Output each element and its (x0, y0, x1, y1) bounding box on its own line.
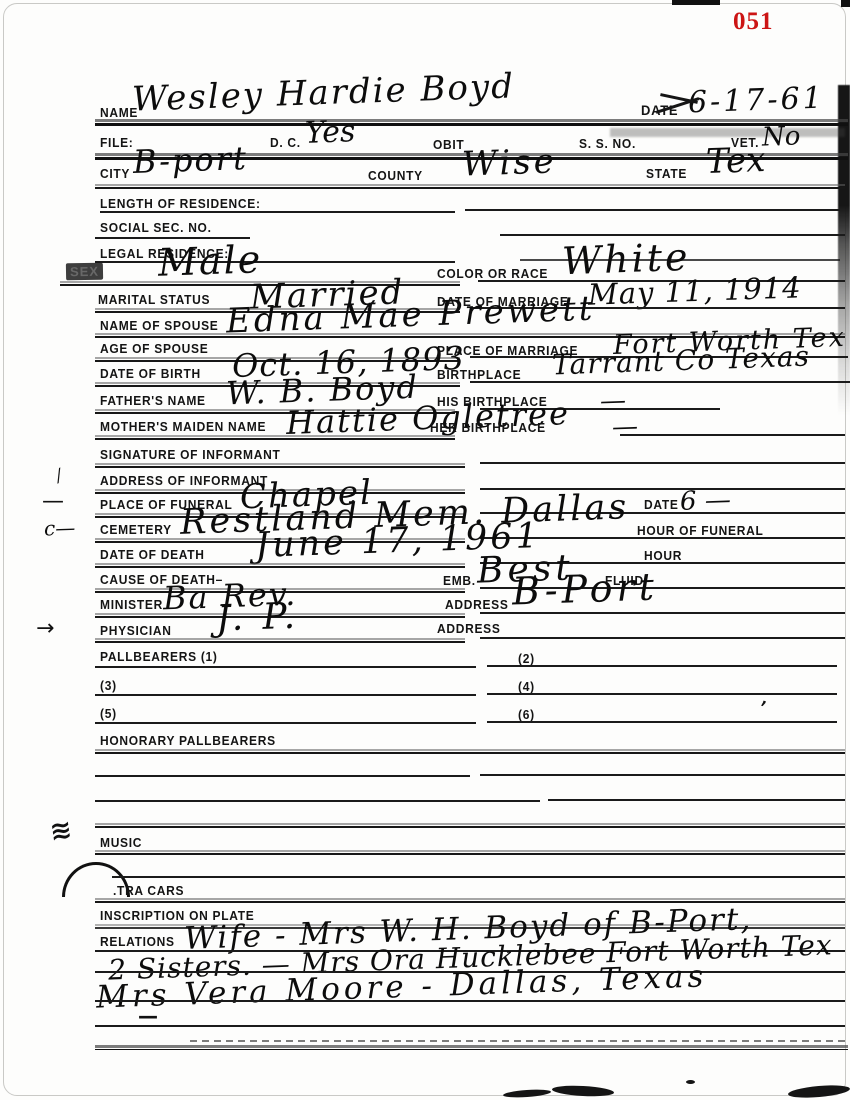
value-her-birthplace: — (612, 414, 639, 441)
rule (95, 850, 845, 855)
scanned-funeral-record-page: 051 NAME Wesley Hardie Boyd DATE 6-17-61… (0, 0, 850, 1100)
value-state: Tex (705, 143, 765, 179)
rule (95, 463, 465, 468)
rule (95, 1000, 845, 1002)
label-mothers-maiden-name: MOTHER'S MAIDEN NAME (100, 420, 266, 435)
label-minister-address: ADDRESS (445, 598, 509, 613)
label-relations: RELATIONS (100, 935, 175, 950)
label-date-of-death: DATE OF DEATH (100, 548, 205, 563)
label-her-birthplace: HER BIRTHPLACE (430, 421, 546, 436)
rule (487, 693, 837, 695)
rule (95, 722, 476, 724)
label-minister: MINISTER (100, 598, 163, 613)
label-date-of-birth: DATE OF BIRTH (100, 367, 201, 382)
label-pallbearers-3: (3) (100, 679, 117, 694)
label-length-of-residence: LENGTH OF RESIDENCE: (100, 197, 261, 212)
value-city: B-port (132, 142, 248, 178)
value-date: 6-17-61 (688, 84, 826, 119)
rule (95, 1025, 845, 1027)
rule (95, 1045, 848, 1050)
rule (470, 381, 850, 383)
rule-faint (190, 1040, 845, 1042)
label-file: FILE: (100, 136, 134, 151)
value-birthplace: Tarrant Co Texas (552, 343, 811, 380)
rule (95, 823, 845, 828)
label-social-sec-no: SOCIAL SEC. NO. (100, 221, 212, 236)
scan-smudge (552, 1084, 614, 1097)
label-age-of-spouse: AGE OF SPOUSE (100, 342, 208, 357)
rule (95, 775, 470, 777)
pen-tick-mark: ⁄ (54, 468, 64, 486)
label-physician-address: ADDRESS (437, 622, 501, 637)
rule (95, 638, 465, 643)
label-sex-smudged: SEX (66, 263, 103, 281)
pen-squiggle-mark: ≋ (48, 817, 73, 846)
label-music: MUSIC (100, 836, 142, 851)
scan-artifact-corner (841, 0, 850, 7)
pen-mark-cemetery: c— (44, 517, 76, 538)
label-obit: OBIT (433, 138, 464, 153)
rule (480, 462, 845, 464)
rule (112, 876, 845, 878)
rule (95, 666, 476, 668)
scan-smudge (610, 128, 845, 137)
scan-smudge (686, 1080, 695, 1084)
rule (95, 800, 540, 802)
value-minister-address: B-Port (511, 567, 658, 610)
value-dc: Yes (304, 117, 355, 149)
rule (95, 694, 476, 696)
label-county: COUNTY (368, 169, 423, 184)
label-city: CITY (100, 167, 130, 182)
rule (480, 637, 845, 639)
pen-dash-mark: — (138, 1006, 158, 1026)
pen-tick-mark: ʼ (755, 697, 769, 722)
value-date-of-marriage: May 11, 1914 (588, 273, 803, 309)
rule (487, 721, 837, 723)
scan-artifact-top-bar (672, 0, 720, 5)
value-his-birthplace: — (600, 388, 627, 415)
label-state: STATE (646, 167, 687, 182)
rule (487, 665, 837, 667)
value-name-of-spouse: Edna Mae Prewett (226, 292, 596, 339)
label-emb: EMB. (443, 574, 476, 589)
value-physician: J. P. (215, 599, 299, 638)
rule (95, 119, 848, 126)
rule (465, 209, 840, 211)
rule (95, 563, 465, 568)
label-name-of-spouse: NAME OF SPOUSE (100, 319, 218, 334)
label-extra-cars: .TRA CARS (113, 884, 184, 899)
pen-dash-mark: — (42, 491, 64, 513)
label-physician: PHYSICIAN (100, 624, 172, 639)
pen-arrow-mark: → (36, 618, 54, 640)
label-pallbearers-1: PALLBEARERS (1) (100, 650, 218, 665)
value-sex: Male (157, 240, 262, 282)
rule (620, 434, 845, 436)
rule (95, 749, 845, 754)
value-county: Wise (461, 144, 557, 181)
rule (100, 211, 455, 213)
page-number: 051 (733, 8, 774, 36)
scan-smudge (503, 1088, 551, 1098)
label-cemetery: CEMETERY (100, 523, 172, 538)
label-honorary-pallbearers: HONORARY PALLBEARERS (100, 734, 276, 749)
rule (480, 612, 845, 614)
label-ssno: S. S. NO. (579, 137, 636, 152)
label-marital-status: MARITAL STATUS (98, 293, 210, 308)
rule (95, 261, 455, 263)
label-funeral-date: DATE (644, 498, 679, 513)
rule (480, 774, 845, 776)
label-fathers-name: FATHER'S NAME (100, 394, 206, 409)
label-signature-of-informant: SIGNATURE OF INFORMANT (100, 448, 281, 463)
scan-smudge (788, 1083, 850, 1099)
rule (95, 184, 845, 189)
rule (548, 799, 845, 801)
value-vet: No (762, 123, 801, 150)
rule (95, 435, 455, 440)
value-name: Wesley Hardie Boyd (132, 69, 516, 116)
label-dc: D. C. (270, 136, 301, 151)
value-funeral-date: 6 — (680, 487, 732, 515)
label-pallbearers-5: (5) (100, 707, 117, 722)
